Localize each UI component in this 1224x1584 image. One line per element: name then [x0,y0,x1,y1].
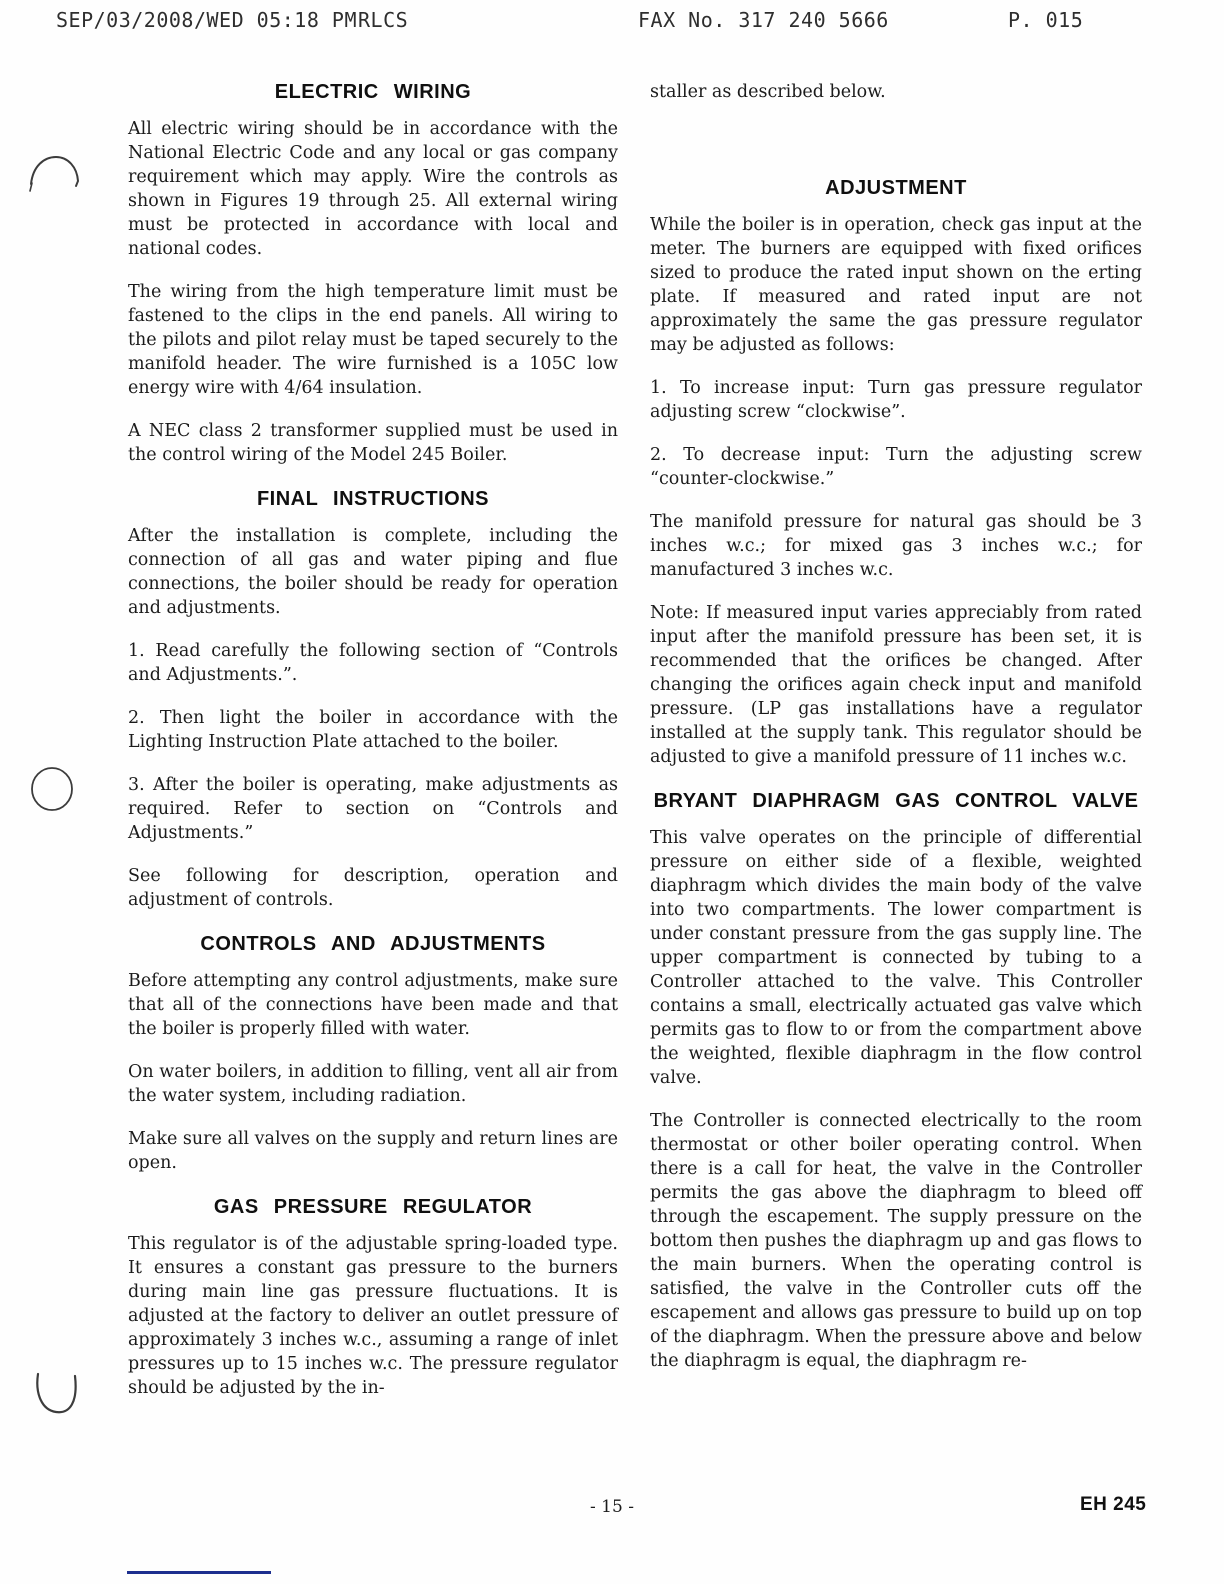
punch-hole-top-icon [26,150,82,196]
paragraph: Before attempting any control adjustment… [128,969,618,1041]
paragraph: After the installation is complete, incl… [128,524,618,620]
fax-page-counter: P. 015 [1008,8,1083,32]
scanned-fax-page: SEP/03/2008/WED 05:18 PM RLCS FAX No. 31… [0,0,1224,1584]
left-column: ELECTRIC WIRING All electric wiring shou… [128,80,618,1400]
punch-hole-bottom-icon [30,1364,82,1420]
heading-adjustment: ADJUSTMENT [650,176,1142,200]
paragraph: On water boilers, in addition to filling… [128,1060,618,1108]
paragraph: The Controller is connected electrically… [650,1109,1142,1373]
heading-final-instructions: FINAL INSTRUCTIONS [128,487,618,511]
heading-bryant-diaphragm-gas-control-valve: BRYANT DIAPHRAGM GAS CONTROL VALVE [650,789,1142,813]
paragraph: See following for description, operation… [128,864,618,912]
list-item-2: 2. To decrease input: Turn the adjusting… [650,443,1142,491]
paragraph: While the boiler is in operation, check … [650,213,1142,357]
doc-code: EH 245 [1080,1494,1146,1516]
fax-header: SEP/03/2008/WED 05:18 PM RLCS FAX No. 31… [0,8,1224,38]
right-column: staller as described below. ADJUSTMENT W… [650,80,1142,1400]
note-paragraph: Note: If measured input varies appreciab… [650,601,1142,769]
heading-gas-pressure-regulator: GAS PRESSURE REGULATOR [128,1195,618,1219]
heading-controls-and-adjustments: CONTROLS AND ADJUSTMENTS [128,932,618,956]
page-number: - 15 - [0,1497,1224,1517]
paragraph: Make sure all valves on the supply and r… [128,1127,618,1175]
scan-artifact-line [127,1571,271,1574]
paragraph: A NEC class 2 transformer supplied must … [128,419,618,467]
heading-electric-wiring: ELECTRIC WIRING [128,80,618,104]
paragraph: This regulator is of the adjustable spri… [128,1232,618,1400]
paragraph: The wiring from the high temperature lim… [128,280,618,400]
fax-number: FAX No. 317 240 5666 [638,8,889,32]
paragraph: This valve operates on the principle of … [650,826,1142,1090]
paragraph: All electric wiring should be in accorda… [128,117,618,261]
list-item-2: 2. Then light the boiler in accordance w… [128,706,618,754]
list-item-1: 1. To increase input: Turn gas pressure … [650,376,1142,424]
list-item-3: 3. After the boiler is operating, make a… [128,773,618,845]
document-body: ELECTRIC WIRING All electric wiring shou… [128,80,1142,1400]
paragraph: The manifold pressure for natural gas sh… [650,510,1142,582]
fax-datetime: SEP/03/2008/WED 05:18 PM [56,8,357,32]
fax-station-id: RLCS [358,8,408,32]
paragraph-continuation: staller as described below. [650,80,1142,104]
punch-hole-middle-icon [28,764,78,816]
list-item-1: 1. Read carefully the following section … [128,639,618,687]
